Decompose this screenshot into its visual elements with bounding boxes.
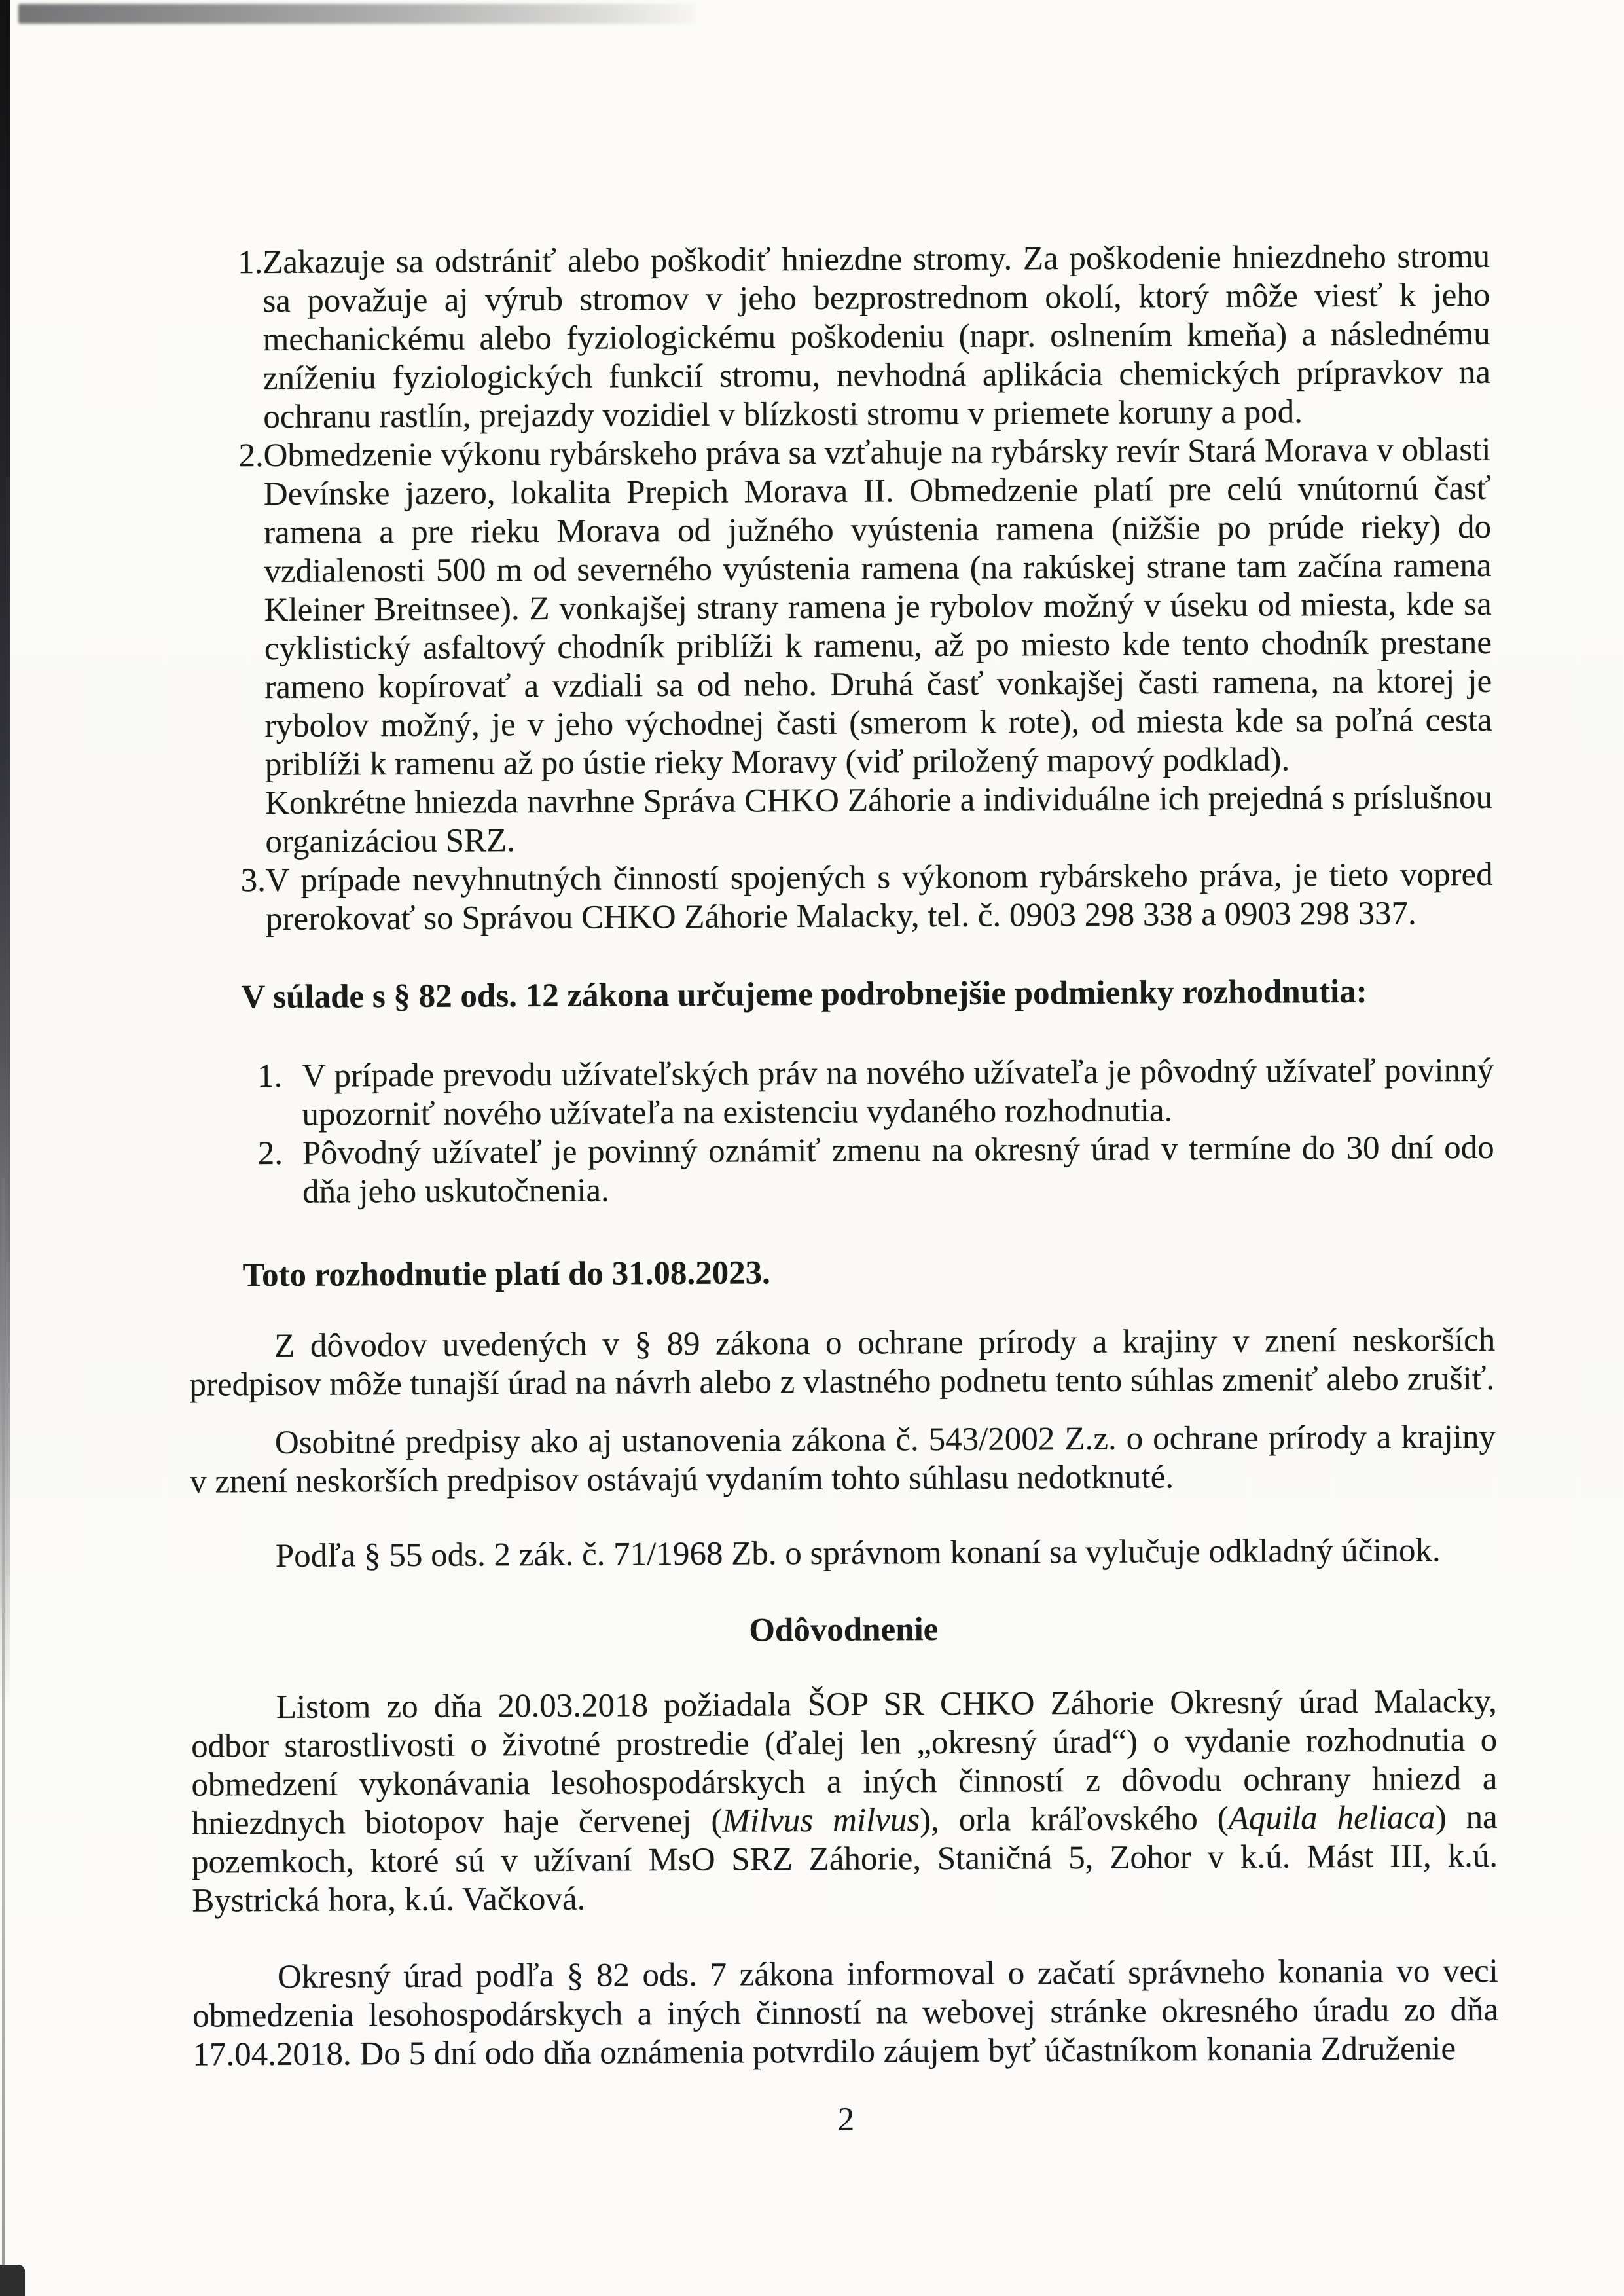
- list-item-number: 1.: [257, 1057, 283, 1096]
- list-item-1: 1. Zakazuje sa odstrániť alebo poškodiť …: [184, 238, 1490, 437]
- species-name-italic: Aquila heliaca: [1229, 1799, 1435, 1837]
- list-item-text: Obmedzenie výkonu rybárskeho práva sa vz…: [263, 431, 1492, 783]
- condition-item-2: 2. Pôvodný užívateľ je povinný oznámiť z…: [189, 1129, 1495, 1212]
- request-paragraph-text: ), orla kráľovského (: [920, 1800, 1229, 1838]
- paragraph-amend-revoke: Z dôvodov uvedených v § 89 zákona o ochr…: [189, 1321, 1496, 1405]
- list-item-text: V prípade nevyhnutných činností spojenýc…: [266, 856, 1493, 938]
- list-item-text: Pôvodný užívateľ je povinný oznámiť zmen…: [302, 1129, 1494, 1211]
- paragraph-suspensive-effect: Podľa § 55 ods. 2 zák. č. 71/1968 Zb. o …: [190, 1531, 1496, 1576]
- justification-request-paragraph: Listom zo dňa 20.03.2018 požiadala ŠOP S…: [191, 1683, 1498, 1921]
- validity-statement: Toto rozhodnutie platí do 31.08.2023.: [243, 1250, 1495, 1295]
- list-item-text: Zakazuje sa odstrániť alebo poškodiť hni…: [262, 238, 1490, 435]
- condition-item-1: 1. V prípade prevodu užívateľských práv …: [188, 1051, 1494, 1135]
- justification-heading: Odôvodnenie: [190, 1608, 1496, 1653]
- justification-proceedings-paragraph: Okresný úrad podľa § 82 ods. 7 zákona in…: [192, 1952, 1499, 2075]
- conditions-list: 1. V prípade prevodu užívateľských práv …: [188, 1051, 1494, 1212]
- main-list: 1. Zakazuje sa odstrániť alebo poškodiť …: [184, 238, 1493, 939]
- list-item-2: 2. Obmedzenie výkonu rybárskeho práva sa…: [185, 431, 1492, 785]
- list-item-3: 3. V prípade nevyhnutných činností spoje…: [187, 856, 1494, 939]
- list-item-number: 2.: [238, 437, 264, 475]
- document-page: 1. Zakazuje sa odstrániť alebo poškodiť …: [0, 0, 1624, 2296]
- page-number: 2: [193, 2098, 1499, 2143]
- conditions-heading: V súlade s § 82 ods. 12 zákona určujeme …: [241, 972, 1493, 1017]
- list-item-number: 3.: [241, 862, 266, 900]
- list-item-2-subparagraph: Konkrétne hniezda navrhne Správa CHKO Zá…: [265, 778, 1493, 862]
- paragraph-special-rules: Osobitné predpisy ako aj ustanovenia zák…: [190, 1418, 1496, 1502]
- list-item-text: V prípade prevodu užívateľských práv na …: [302, 1052, 1494, 1133]
- list-item-number: 1.: [238, 244, 263, 282]
- document-content: 1. Zakazuje sa odstrániť alebo poškodiť …: [0, 0, 1624, 2296]
- list-item-number: 2.: [258, 1135, 283, 1173]
- species-name-italic: Milvus milvus: [722, 1802, 920, 1839]
